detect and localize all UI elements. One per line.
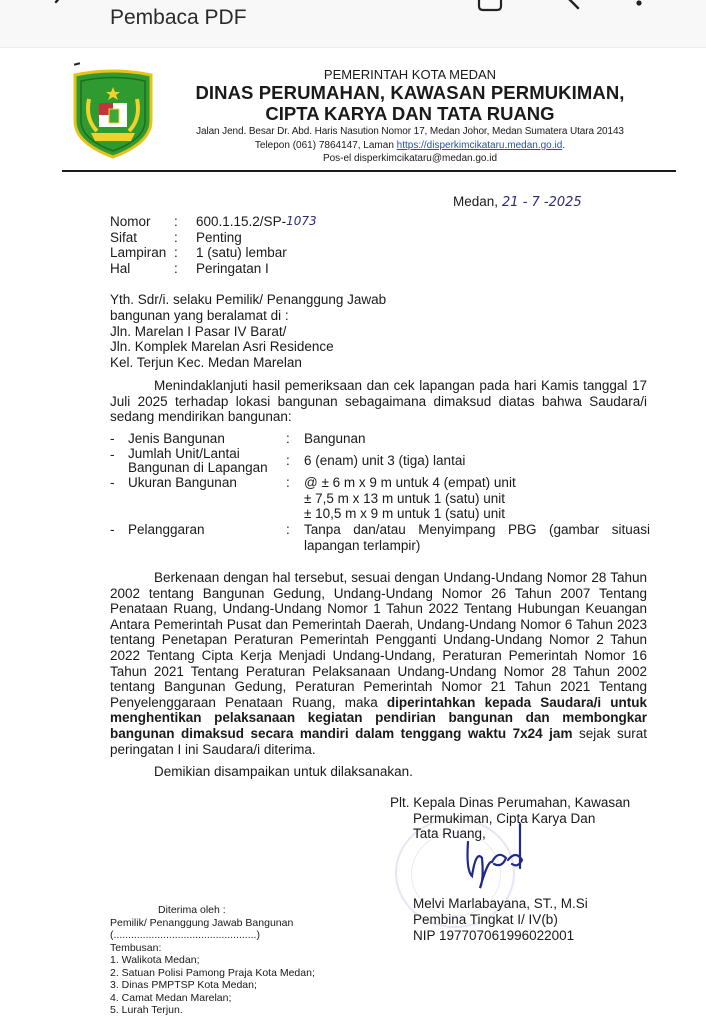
more-vert-icon[interactable] [624, 0, 654, 12]
app-title: Pembaca PDF [110, 6, 247, 30]
bookmark-icon[interactable] [476, 0, 506, 12]
letter-date: Medan,21 - 7 -2025 [453, 194, 582, 210]
addressee-block: Yth. Sdr/i. selaku Pemilik/ Penanggung J… [110, 292, 386, 371]
cc-item: 4. Camat Medan Marelan; [110, 992, 315, 1005]
date-handwritten: 21 - 7 -2025 [502, 195, 582, 210]
receipt-block: Diterima oleh : Pemilik/ Penanggung Jawa… [110, 904, 315, 1017]
meta-row-nomor: Nomor : 600.1.15.2/SP-1073 [110, 214, 317, 230]
letterhead-contact: Telepon (061) 7864147, Laman https://dis… [150, 140, 670, 151]
signatory-rank: Pembina Tingkat I/ IV(b) [413, 912, 588, 928]
handwritten-signature [462, 820, 532, 890]
letterhead-agency-line1: DINAS PERUMAHAN, KAWASAN PERMUKIMAN, [160, 82, 660, 104]
letter-meta: Nomor : 600.1.15.2/SP-1073 Sifat : Penti… [110, 214, 317, 276]
signatory-nip: NIP 197707061996022001 [413, 928, 588, 944]
paragraph-legal-basis: Berkenaan dengan hal tersebut, sesuai de… [110, 570, 647, 757]
phone-text: Telepon (061) 7864147, Laman [255, 140, 397, 151]
search-icon[interactable] [558, 0, 588, 12]
letterhead-agency-line2: CIPTA KARYA DAN TATA RUANG [160, 103, 660, 125]
detail-jenis: - Jenis Bangunan : Bangunan [110, 431, 650, 447]
signatory-name: Melvi Marlabayana, ST., M.Si [413, 896, 588, 912]
handwritten-number: 1073 [286, 214, 317, 230]
letterhead-government: PEMERINTAH KOTA MEDAN [160, 67, 660, 82]
meta-row-sifat: Sifat : Penting [110, 230, 317, 246]
kota-medan-crest-icon [71, 69, 155, 159]
cc-item: 1. Walikota Medan; [110, 954, 315, 967]
detail-pelanggaran: - Pelanggaran : Tanpa dan/atau Menyimpan… [110, 522, 650, 554]
app-bar: Pembaca PDF [0, 0, 706, 48]
cc-label: Tembusan: [110, 942, 315, 955]
meta-row-lampiran: Lampiran : 1 (satu) lembar [110, 245, 317, 261]
cc-item: 2. Satuan Polisi Pamong Praja Kota Medan… [110, 967, 315, 980]
date-place: Medan, [453, 194, 498, 209]
letterhead-address: Jalan Jend. Besar Dr. Abd. Haris Nasutio… [150, 126, 670, 137]
letterhead-email: Pos-el disperkimcikataru@medan.go.id [150, 153, 670, 164]
letterhead-divider [62, 170, 676, 172]
meta-row-hal: Hal : Peringatan I [110, 261, 317, 277]
building-details: - Jenis Bangunan : Bangunan - Jumlah Uni… [110, 431, 650, 554]
back-arrow-icon[interactable] [48, 0, 74, 12]
detail-jumlah: - Jumlah Unit/Lantai Bangunan di Lapanga… [110, 447, 650, 475]
cc-item: 3. Dinas PMPTSP Kota Medan; [110, 979, 315, 992]
paragraph-inspection: Menindaklanjuti hasil pemeriksaan dan ce… [110, 378, 647, 425]
website-link[interactable]: https://disperkimcikataru.medan.go.id [397, 140, 563, 151]
detail-ukuran: - Ukuran Bangunan : @ ± 6 m x 9 m untuk … [110, 475, 650, 522]
signatory-block: Melvi Marlabayana, ST., M.Si Pembina Tin… [413, 896, 588, 944]
cc-item: 5. Lurah Terjun. [110, 1004, 315, 1017]
paragraph-closing: Demikian disampaikan untuk dilaksanakan. [110, 764, 647, 780]
cc-list: 1. Walikota Medan; 2. Satuan Polisi Pamo… [110, 954, 315, 1017]
